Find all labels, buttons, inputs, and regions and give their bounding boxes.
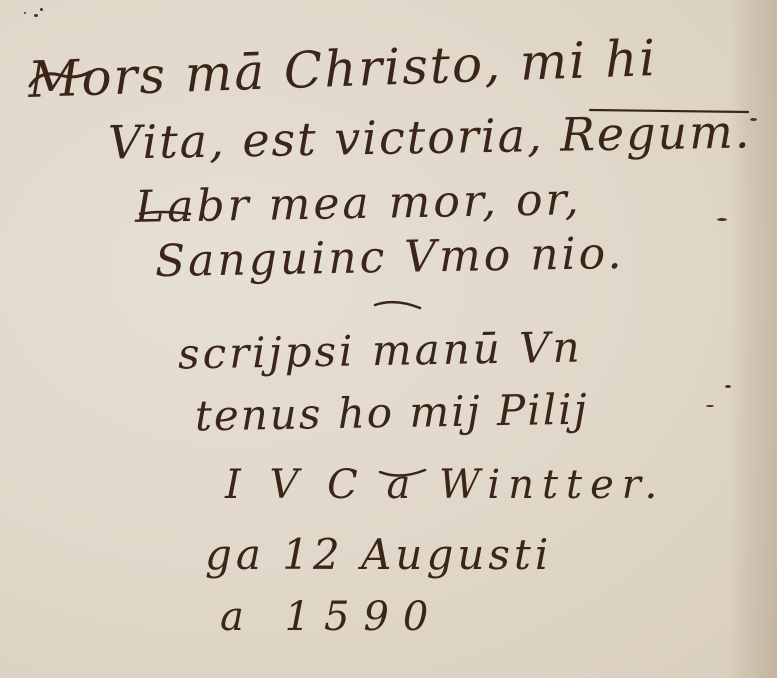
ink-fleck [24, 12, 26, 14]
ink-fleck [717, 218, 727, 221]
ink-fleck [706, 405, 714, 407]
manuscript-line-3: Labr mea mor, or, [135, 174, 583, 233]
manuscript-line-8-date: ga 12 Augusti [205, 530, 552, 579]
manuscript-line-6: tenus ho mij Pilij [195, 385, 589, 441]
manuscript-page: Mors mā Christo, mi hi Vita, est victori… [0, 0, 777, 678]
ink-fleck [725, 385, 731, 388]
manuscript-line-5: scrijpsi manū Vn [178, 322, 583, 378]
manuscript-line-9-year: a 1590 [220, 594, 442, 640]
manuscript-line-2: Vita, est victoria, Regum. [108, 104, 752, 169]
manuscript-line-1: Mors mā Christo, mi hi [27, 29, 658, 109]
manuscript-line-4: Sanguinc Vmo nio. [155, 228, 625, 287]
ink-fleck [40, 8, 43, 11]
ink-fleck [34, 14, 38, 17]
manuscript-line-7-signature: I V C a Wintter. [225, 462, 665, 508]
